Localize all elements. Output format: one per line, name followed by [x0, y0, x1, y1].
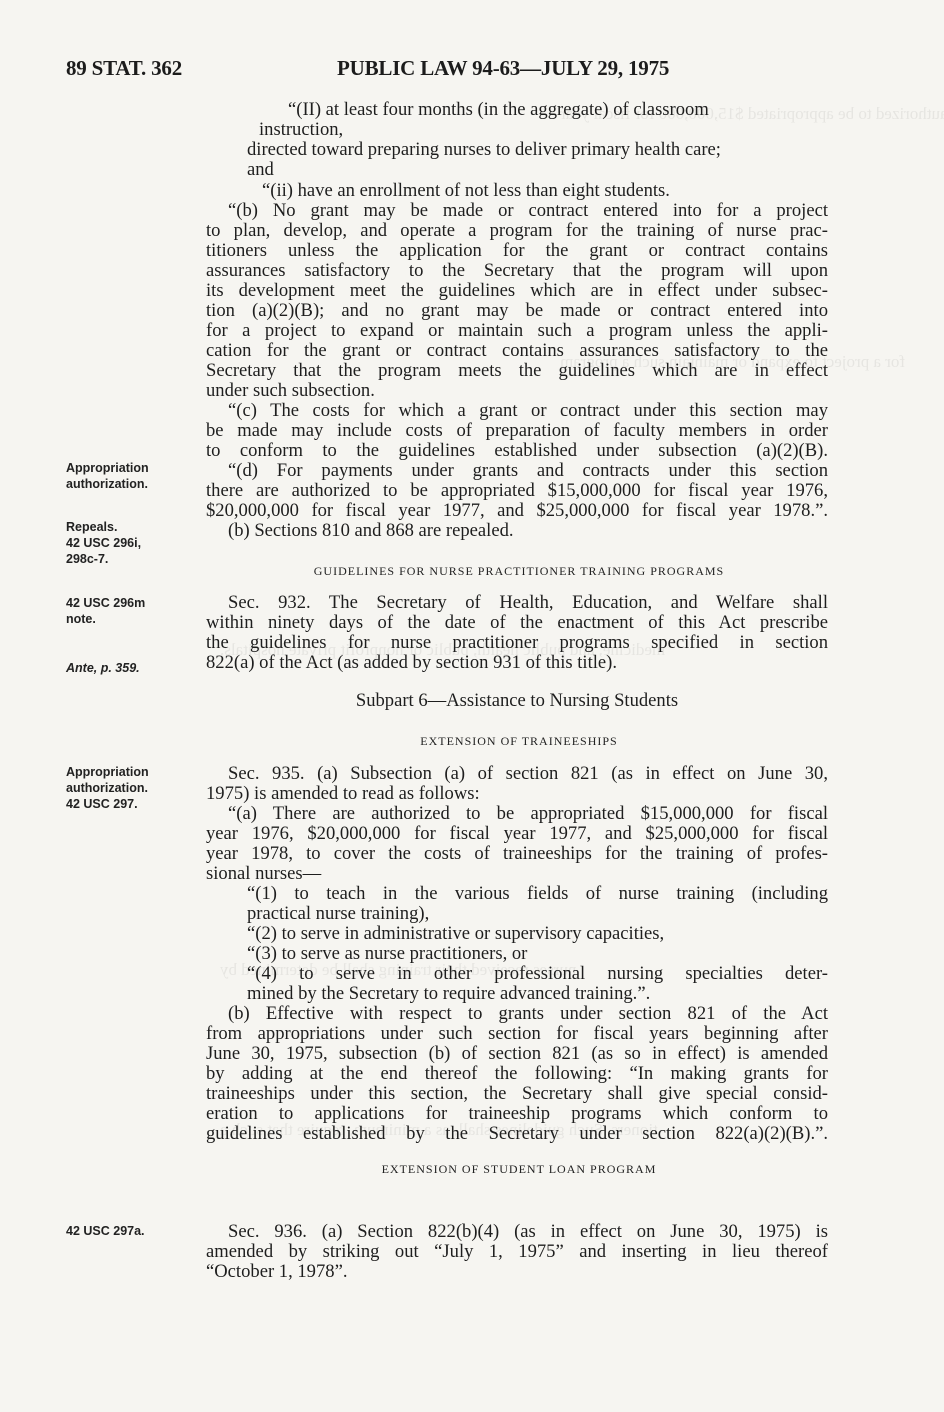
margin-note-line: 42 USC 296m	[66, 595, 145, 611]
body-line: traineeships under this section, the Sec…	[206, 1084, 828, 1104]
body-line: “(4) to serve in other professional nurs…	[247, 964, 828, 984]
body-line: for a project to expand or maintain such…	[206, 321, 828, 341]
margin-note-line: note.	[66, 611, 145, 627]
body-line: Secretary that the program meets the gui…	[206, 361, 828, 381]
body-line: and	[247, 160, 274, 180]
body-line: be made may include costs of preparation…	[206, 421, 828, 441]
margin-note-line: Appropriation	[66, 764, 149, 780]
body-line: 1975) is amended to read as follows:	[206, 784, 480, 804]
margin-note-line: 42 USC 297.	[66, 796, 149, 812]
body-line: year 1976, $20,000,000 for fiscal year 1…	[206, 824, 828, 844]
body-line: tion (a)(2)(B); and no grant may be made…	[206, 301, 828, 321]
margin-note-line: Ante, p. 359.	[66, 660, 140, 676]
body-line: (b) Effective with respect to grants und…	[228, 1004, 828, 1024]
margin-note-line: 42 USC 297a.	[66, 1223, 145, 1239]
body-line: instruction,	[259, 120, 343, 140]
body-line: there are authorized to be appropriated …	[206, 481, 828, 501]
body-line: Sec. 935. (a) Subsection (a) of section …	[228, 764, 828, 784]
margin-note-appropriation-297: Appropriation authorization. 42 USC 297.	[66, 764, 149, 812]
body-line: guidelines established by the Secretary …	[206, 1124, 828, 1144]
margin-note-line: 42 USC 296i,	[66, 535, 141, 551]
margin-note-line: Appropriation	[66, 460, 149, 476]
body-line: by adding at the end thereof the followi…	[206, 1064, 828, 1084]
body-line: titioners unless the application for the…	[206, 241, 828, 261]
section-heading-student-loan: EXTENSION OF STUDENT LOAN PROGRAM	[47, 1162, 944, 1177]
body-line: mined by the Secretary to require advanc…	[247, 984, 650, 1004]
margin-note-repeals: Repeals. 42 USC 296i, 298c-7.	[66, 519, 141, 567]
body-line: 822(a) of the Act (as added by section 9…	[206, 653, 617, 673]
margin-note-usc-296m: 42 USC 296m note.	[66, 595, 145, 627]
body-line: practical nurse training),	[247, 904, 429, 924]
statute-page-reference: 89 STAT. 362	[66, 56, 182, 81]
body-line: from appropriations under such section f…	[206, 1024, 828, 1044]
body-line: June 30, 1975, subsection (b) of section…	[206, 1044, 828, 1064]
page-title: PUBLIC LAW 94-63—JULY 29, 1975	[337, 56, 669, 81]
body-line: year 1978, to cover the costs of trainee…	[206, 844, 828, 864]
body-line: directed toward preparing nurses to deli…	[247, 140, 721, 160]
margin-note-line: authorization.	[66, 780, 149, 796]
margin-note-line: Repeals.	[66, 519, 141, 535]
body-line: “October 1, 1978”.	[206, 1262, 347, 1282]
body-line: “(a) There are authorized to be appropri…	[228, 804, 828, 824]
body-line: “(2) to serve in administrative or super…	[247, 924, 664, 944]
body-line: assurances satisfactory to the Secretary…	[206, 261, 828, 281]
body-line: sional nurses—	[206, 864, 321, 884]
body-line: to plan, develop, and operate a program …	[206, 221, 828, 241]
statute-page: there are authorized to be appropriated …	[0, 0, 944, 1412]
body-line: cation for the grant or contract contain…	[206, 341, 828, 361]
body-line: “(b) No grant may be made or contract en…	[228, 201, 828, 221]
body-line: its development meet the guidelines whic…	[206, 281, 828, 301]
body-line: “(1) to teach in the various fields of n…	[247, 884, 828, 904]
body-line: Sec. 936. (a) Section 822(b)(4) (as in e…	[228, 1222, 828, 1242]
body-line: the guidelines for nurse practitioner pr…	[206, 633, 828, 653]
body-line: “(d) For payments under grants and contr…	[228, 461, 828, 481]
body-line: amended by striking out “July 1, 1975” a…	[206, 1242, 828, 1262]
margin-note-ante: Ante, p. 359.	[66, 660, 140, 676]
subpart-heading: Subpart 6—Assistance to Nursing Students	[0, 690, 944, 712]
body-line: “(c) The costs for which a grant or cont…	[228, 401, 828, 421]
body-line: “(II) at least four months (in the aggre…	[288, 100, 709, 120]
body-line: under such subsection.	[206, 381, 375, 401]
section-heading-traineeships: EXTENSION OF TRAINEESHIPS	[47, 734, 944, 749]
body-line: to conform to the guidelines established…	[206, 441, 828, 461]
section-heading-guidelines: GUIDELINES FOR NURSE PRACTITIONER TRAINI…	[47, 564, 944, 579]
body-line: eration to applications for traineeship …	[206, 1104, 828, 1124]
margin-note-appropriation: Appropriation authorization.	[66, 460, 149, 492]
body-line: Sec. 932. The Secretary of Health, Educa…	[228, 593, 828, 613]
margin-note-usc-297a: 42 USC 297a.	[66, 1223, 145, 1239]
body-line: (b) Sections 810 and 868 are repealed.	[228, 521, 514, 541]
margin-note-line: authorization.	[66, 476, 149, 492]
body-line: within ninety days of the date of the en…	[206, 613, 828, 633]
body-line: “(ii) have an enrollment of not less tha…	[262, 181, 670, 201]
body-line: $20,000,000 for fiscal year 1977, and $2…	[206, 501, 828, 521]
body-line: “(3) to serve as nurse practitioners, or	[247, 944, 527, 964]
